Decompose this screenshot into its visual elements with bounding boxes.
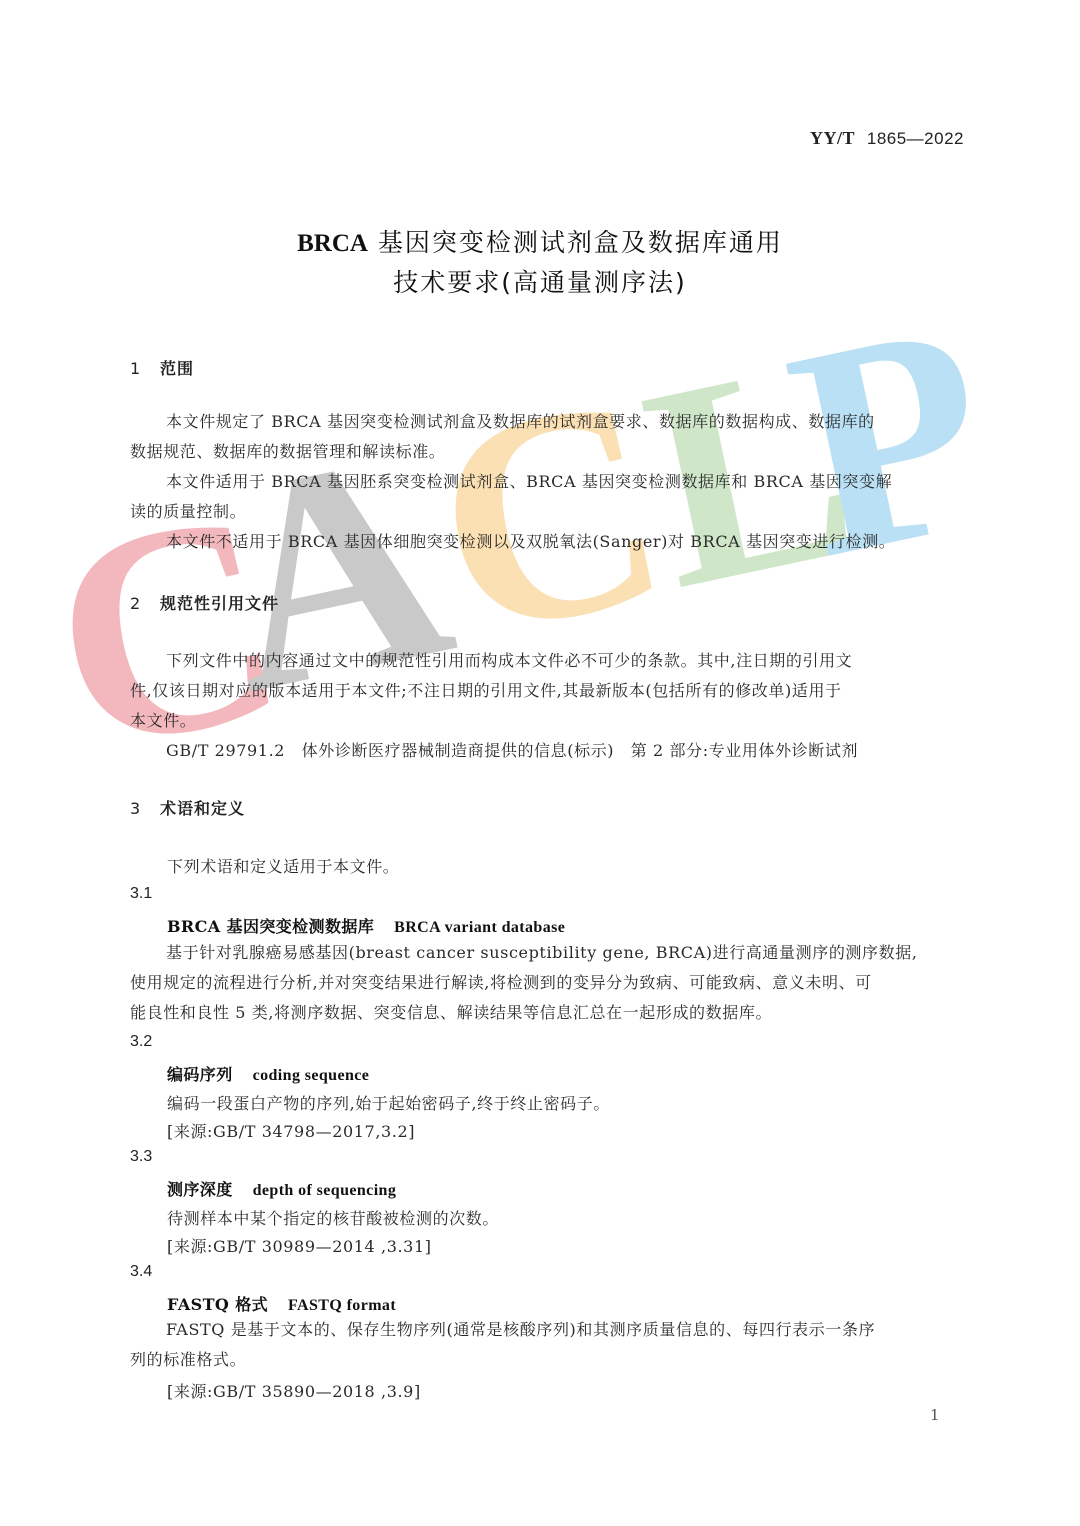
term-heading: BRCA 基因突变检测数据库BRCA variant database	[167, 914, 565, 937]
section-number: 3	[130, 799, 160, 818]
term-cn: 测序深度	[167, 1180, 233, 1199]
term-en: FASTQ format	[288, 1297, 396, 1314]
normative-references-paragraph: 下列文件中的内容通过文中的规范性引用而构成本文件必不可少的条款。其中,注日期的引…	[130, 646, 966, 766]
section-title: 规范性引用文件	[160, 594, 279, 613]
term-cn: FASTQ 格式	[167, 1295, 268, 1314]
document-title-line1: BRCA 基因突变检测试剂盒及数据库通用	[0, 223, 1080, 259]
section-title: 范围	[160, 359, 194, 378]
term-definition: 编码一段蛋白产物的序列,始于起始密码子,终于终止密码子。	[167, 1091, 610, 1114]
term-definition: 待测样本中某个指定的核苷酸被检测的次数。	[167, 1206, 499, 1229]
term-heading: 编码序列coding sequence	[167, 1062, 369, 1085]
text-line: 下列文件中的内容通过文中的规范性引用而构成本文件必不可少的条款。其中,注日期的引…	[166, 651, 852, 670]
text-line: 数据规范、数据库的数据管理和解读标准。	[130, 442, 445, 461]
term-source: [来源:GB/T 30989—2014 ,3.31]	[167, 1234, 432, 1257]
term-number: 3.1	[130, 885, 152, 903]
document-page: YY/T 1865—2022 BRCA 基因突变检测试剂盒及数据库通用 技术要求…	[0, 0, 1080, 1526]
term-source: [来源:GB/T 34798—2017,3.2]	[167, 1119, 415, 1142]
section-number: 2	[130, 594, 160, 613]
term-number: 3.2	[130, 1033, 152, 1051]
term-source: [来源:GB/T 35890—2018 ,3.9]	[167, 1379, 421, 1402]
title-cn: 基因突变检测试剂盒及数据库通用	[368, 228, 783, 257]
standard-code: YY/T 1865—2022	[810, 128, 964, 149]
text-line: 基于针对乳腺癌易感基因(breast cancer susceptibility…	[166, 943, 918, 962]
title-latin: BRCA	[297, 230, 368, 257]
term-number: 3.3	[130, 1148, 152, 1166]
term-en: coding sequence	[253, 1067, 370, 1084]
standard-prefix: YY/T	[810, 128, 855, 148]
term-cn: 编码序列	[167, 1065, 233, 1084]
scope-paragraph-1: 本文件规定了 BRCA 基因突变检测试剂盒及数据库的试剂盒要求、数据库的数据构成…	[130, 407, 966, 557]
reference-item: GB/T 29791.2 体外诊断医疗器械制造商提供的信息(标示) 第 2 部分…	[166, 741, 858, 760]
text-line: 本文件适用于 BRCA 基因胚系突变检测试剂盒、BRCA 基因突变检测数据库和 …	[166, 472, 892, 491]
text-line: 能良性和良性 5 类,将测序数据、突变信息、解读结果等信息汇总在一起形成的数据库…	[130, 1003, 772, 1022]
text-line: 读的质量控制。	[130, 502, 246, 521]
text-line: 本文件。	[130, 711, 196, 730]
document-title-line2: 技术要求(高通量测序法)	[0, 263, 1080, 299]
section-number: 1	[130, 359, 160, 378]
text-line: 使用规定的流程进行分析,并对突变结果进行解读,将检测到的变异分为致病、可能致病、…	[130, 973, 872, 992]
section-title: 术语和定义	[160, 799, 245, 818]
terms-intro: 下列术语和定义适用于本文件。	[167, 854, 399, 877]
section-heading-normative-references: 2规范性引用文件	[130, 591, 279, 614]
text-line: 列的标准格式。	[130, 1350, 246, 1369]
text-line: 件,仅该日期对应的版本适用于本文件;不注日期的引用文件,其最新版本(包括所有的修…	[130, 681, 842, 700]
term-en: depth of sequencing	[253, 1182, 397, 1199]
page-number: 1	[930, 1406, 940, 1424]
text-line: 本文件规定了 BRCA 基因突变检测试剂盒及数据库的试剂盒要求、数据库的数据构成…	[166, 412, 875, 431]
term-cn: BRCA 基因突变检测数据库	[167, 917, 374, 936]
text-line: 本文件不适用于 BRCA 基因体细胞突变检测以及双脱氧法(Sanger)对 BR…	[166, 532, 895, 551]
text-line: FASTQ 是基于文本的、保存生物序列(通常是核酸序列)和其测序质量信息的、每四…	[166, 1320, 875, 1339]
term-heading: FASTQ 格式FASTQ format	[167, 1292, 396, 1315]
term-definition: 基于针对乳腺癌易感基因(breast cancer susceptibility…	[130, 938, 966, 1028]
standard-number: 1865—2022	[867, 129, 964, 148]
term-number: 3.4	[130, 1263, 152, 1281]
term-definition: FASTQ 是基于文本的、保存生物序列(通常是核酸序列)和其测序质量信息的、每四…	[130, 1315, 966, 1375]
section-heading-terms-definitions: 3术语和定义	[130, 796, 245, 819]
term-en: BRCA variant database	[394, 919, 565, 936]
term-heading: 测序深度depth of sequencing	[167, 1177, 396, 1200]
section-heading-scope: 1范围	[130, 356, 194, 379]
